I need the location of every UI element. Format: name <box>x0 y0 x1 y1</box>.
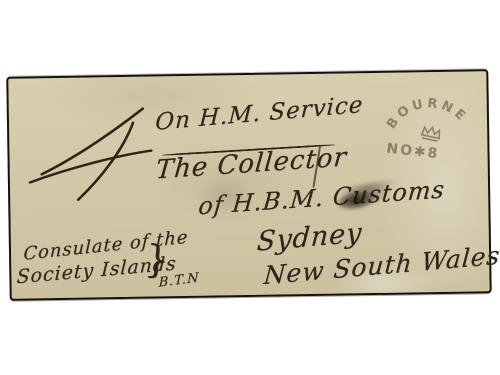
postmark: BOURNE NO✱8 <box>379 87 488 179</box>
faint-stain <box>195 175 256 216</box>
rate-marking-4 <box>27 100 157 202</box>
crown-icon <box>421 125 441 141</box>
postmark-arc-text: BOURNE <box>383 87 473 146</box>
cover-photo: On H.M. Service BOURNE NO✱8 The Collecto… <box>0 0 500 375</box>
service-line: On H.M. Service <box>155 94 364 135</box>
sender-initials: B.T.N <box>159 272 200 290</box>
postmark-date: NO✱8 <box>386 141 440 163</box>
svg-text:BOURNE: BOURNE <box>383 87 473 146</box>
ink-blot <box>317 168 407 226</box>
envelope: On H.M. Service BOURNE NO✱8 The Collecto… <box>6 69 491 301</box>
address-city: Sydney <box>256 219 363 255</box>
